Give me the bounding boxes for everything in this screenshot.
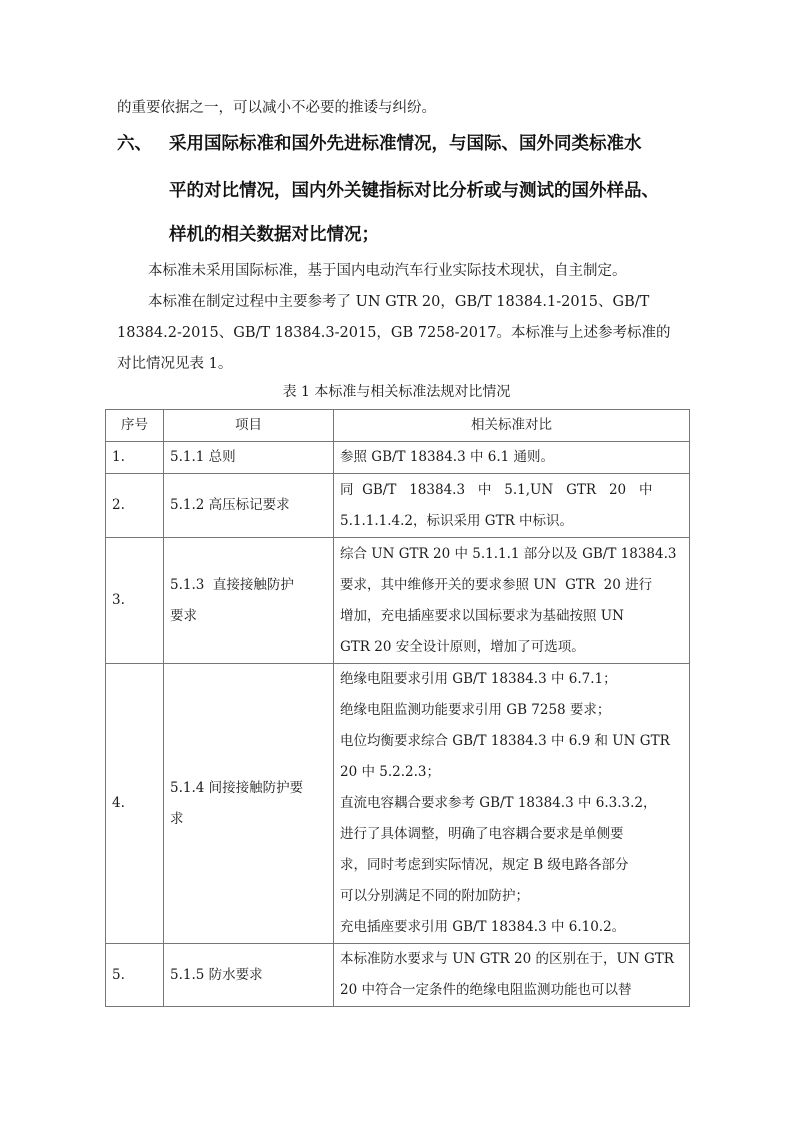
comparison-line: 综合 UN GTR 20 中 5.1.1.1 部分以及 GB/T 18384.3 [340,539,683,570]
table-row: 1. 5.1.1 总则 参照 GB/T 18384.3 中 6.1 通则。 [106,442,690,474]
comparison-line: 5.1.1.1.4.2，标识采用 GTR 中标识。 [340,506,683,537]
row-comparison: 综合 UN GTR 20 中 5.1.1.1 部分以及 GB/T 18384.3… [334,538,690,664]
row-no: 2. [106,474,164,538]
row-no: 5. [106,944,164,1007]
paragraph-references-line-3: 对比情况见表 1。 [117,349,687,380]
paragraph-references-line-1: 本标准在制定过程中主要参考了 UN GTR 20，GB/T 18384.1-20… [148,287,688,318]
row-item: 5.1.3 直接接触防护 要求 [164,538,334,664]
row-no: 1. [106,442,164,474]
item-line: 5.1.3 直接接触防护 [170,570,327,601]
item-line: 5.1.2 高压标记要求 [170,490,327,521]
comparison-line: 电位均衡要求综合 GB/T 18384.3 中 6.9 和 UN GTR [340,726,683,757]
row-comparison: 同 GB/T 18384.3 中 5.1,UN GTR 20 中 5.1.1.1… [334,474,690,538]
comparison-line: 要求，其中维修开关的要求参照 UN GTR 20 进行 [340,570,683,601]
item-line: 求 [170,804,327,835]
comparison-line: 增加，充电插座要求以国标要求为基础按照 UN [340,601,683,632]
item-line: 5.1.1 总则 [170,442,327,473]
table-row: 2. 5.1.2 高压标记要求 同 GB/T 18384.3 中 5.1,UN … [106,474,690,538]
comparison-line: 进行了具体调整，明确了电容耦合要求是单侧要 [340,819,683,850]
table-row: 5. 5.1.5 防水要求 本标准防水要求与 UN GTR 20 的区别在于，U… [106,944,690,1007]
table-row: 4. 5.1.4 间接接触防护要 求 绝缘电阻要求引用 GB/T 18384.3… [106,664,690,944]
item-line: 5.1.5 防水要求 [170,960,327,991]
continuation-paragraph: 的重要依据之一，可以减小不必要的推诿与纠纷。 [117,93,687,124]
comparison-line: GTR 20 安全设计原则，增加了可选项。 [340,632,683,663]
comparison-line: 可以分别满足不同的附加防护； [340,881,683,912]
row-item: 5.1.2 高压标记要求 [164,474,334,538]
header-no: 序号 [106,410,164,442]
header-comparison: 相关标准对比 [334,410,690,442]
comparison-line: 直流电容耦合要求参考 GB/T 18384.3 中 6.3.3.2， [340,788,683,819]
comparison-line: 求，同时考虑到实际情况，规定 B 级电路各部分 [340,850,683,881]
comparison-line: 绝缘电阻监测功能要求引用 GB 7258 要求； [340,695,683,726]
comparison-line: 20 中 5.2.2.3； [340,757,683,788]
header-item: 项目 [164,410,334,442]
item-line: 要求 [170,601,327,632]
paragraph-no-intl-standard: 本标准未采用国际标准，基于国内电动汽车行业实际技术现状，自主制定。 [148,256,718,287]
section-number: 六、 [117,125,152,164]
comparison-line: 充电插座要求引用 GB/T 18384.3 中 6.10.2。 [340,912,683,943]
row-no: 3. [106,538,164,664]
comparison-line: 20 中符合一定条件的绝缘电阻监测功能也可以替 [340,975,683,1006]
table-header-row: 序号 项目 相关标准对比 [106,410,690,442]
section-title-line-2: 平的对比情况，国内外关键指标对比分析或与测试的国外样品、 [169,172,659,211]
item-line: 5.1.4 间接接触防护要 [170,773,327,804]
comparison-line: 本标准防水要求与 UN GTR 20 的区别在于，UN GTR [340,944,683,975]
row-item: 5.1.4 间接接触防护要 求 [164,664,334,944]
section-title-line-1: 采用国际标准和国外先进标准情况，与国际、国外同类标准水 [169,125,642,164]
comparison-table: 序号 项目 相关标准对比 1. 5.1.1 总则 参照 GB/T 18384.3… [105,409,690,1007]
row-comparison: 参照 GB/T 18384.3 中 6.1 通则。 [334,442,690,474]
row-comparison: 本标准防水要求与 UN GTR 20 的区别在于，UN GTR 20 中符合一定… [334,944,690,1007]
comparison-line: 绝缘电阻要求引用 GB/T 18384.3 中 6.7.1； [340,664,683,695]
row-item: 5.1.1 总则 [164,442,334,474]
comparison-line: 参照 GB/T 18384.3 中 6.1 通则。 [340,442,683,473]
row-comparison: 绝缘电阻要求引用 GB/T 18384.3 中 6.7.1； 绝缘电阻监测功能要… [334,664,690,944]
table-caption: 表 1 本标准与相关标准法规对比情况 [0,380,793,404]
row-item: 5.1.5 防水要求 [164,944,334,1007]
paragraph-references-line-2: 18384.2-2015、GB/T 18384.3-2015，GB 7258-2… [117,318,687,349]
section-title-line-3: 样机的相关数据对比情况； [169,216,379,255]
comparison-line: 同 GB/T 18384.3 中 5.1,UN GTR 20 中 [340,475,683,506]
table-row: 3. 5.1.3 直接接触防护 要求 综合 UN GTR 20 中 5.1.1.… [106,538,690,664]
row-no: 4. [106,664,164,944]
